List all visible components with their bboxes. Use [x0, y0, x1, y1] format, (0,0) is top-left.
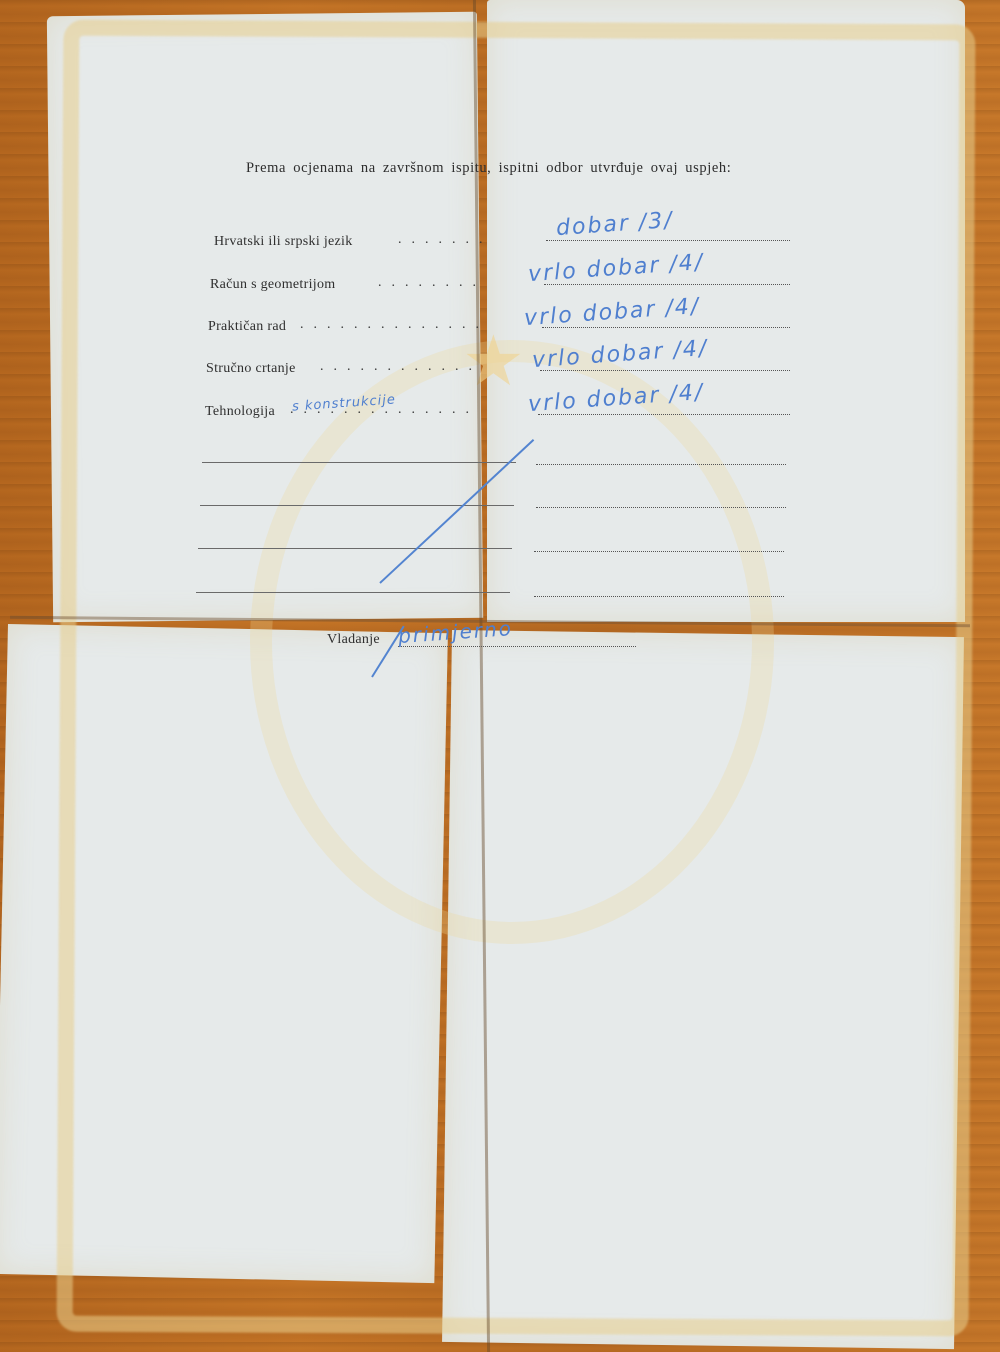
empty-grade-line	[536, 464, 786, 465]
subject-label: Tehnologija	[205, 404, 275, 420]
subject-label: Praktičan rad	[208, 319, 286, 335]
document-sheet-bottom-left	[0, 624, 448, 1283]
leader-dots: ..............	[300, 317, 489, 333]
subject-label: Stručno crtanje	[206, 361, 296, 377]
document-sheet-bottom-right	[442, 630, 964, 1349]
grade-line	[544, 284, 790, 285]
subject-label: Račun s geometrijom	[210, 277, 335, 293]
empty-subject-line	[198, 548, 512, 549]
empty-subject-line	[202, 462, 516, 463]
grade-line	[540, 370, 790, 371]
empty-grade-line	[534, 596, 784, 597]
leader-dots: ............	[320, 359, 482, 375]
intro-text: Prema ocjenama na završnom ispitu, ispit…	[246, 160, 731, 177]
empty-grade-line	[534, 551, 784, 552]
conduct-line	[398, 646, 636, 647]
leader-dots: ........	[378, 275, 486, 291]
grade-line	[538, 414, 790, 415]
conduct-label: Vladanje	[327, 632, 380, 648]
empty-subject-line	[196, 592, 510, 593]
empty-subject-line	[200, 505, 514, 506]
subject-label: Hrvatski ili srpski jezik	[214, 234, 353, 250]
grade-line	[546, 240, 790, 241]
empty-grade-line	[536, 507, 786, 508]
leader-dots: .......	[398, 232, 493, 248]
